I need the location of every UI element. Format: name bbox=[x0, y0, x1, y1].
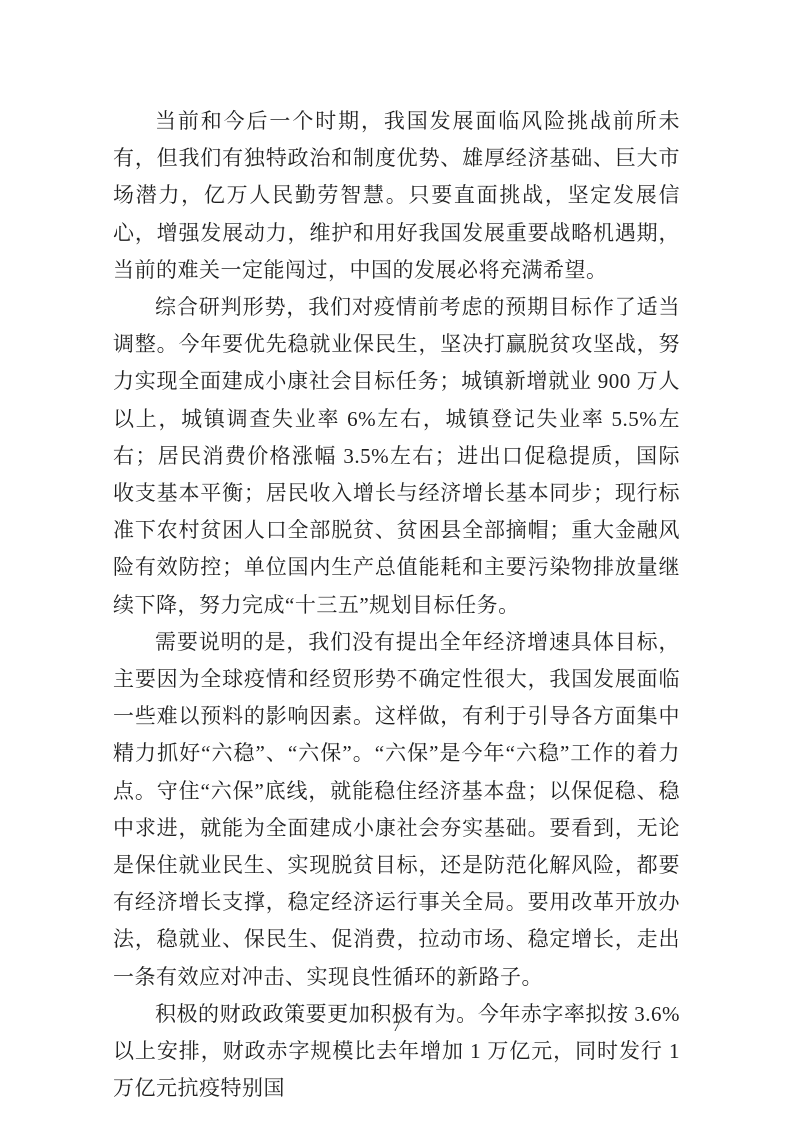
paragraph: 当前和今后一个时期，我国发展面临风险挑战前所未有，但我们有独特政治和制度优势、雄… bbox=[113, 103, 680, 289]
paragraph: 综合研判形势，我们对疫情前考虑的预期目标作了适当调整。今年要优先稳就业保民生，坚… bbox=[113, 289, 680, 624]
page-number: 7 bbox=[0, 1016, 793, 1038]
document-page: 当前和今后一个时期，我国发展面临风险挑战前所未有，但我们有独特政治和制度优势、雄… bbox=[0, 0, 793, 1122]
document-body: 当前和今后一个时期，我国发展面临风险挑战前所未有，但我们有独特政治和制度优势、雄… bbox=[113, 103, 680, 1107]
paragraph: 需要说明的是，我们没有提出全年经济增速具体目标，主要因为全球疫情和经贸形势不确定… bbox=[113, 624, 680, 996]
paragraph: 积极的财政政策要更加积极有为。今年赤字率拟按 3.6%以上安排，财政赤字规模比去… bbox=[113, 996, 680, 1108]
